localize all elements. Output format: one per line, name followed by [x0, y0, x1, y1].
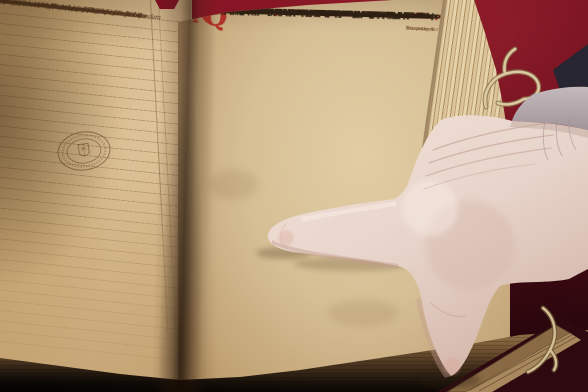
photo-medieval-manuscript: p pm z dr defensor· z sco Nicolao ptinen…: [0, 0, 588, 392]
hand-overlay: [0, 0, 588, 392]
